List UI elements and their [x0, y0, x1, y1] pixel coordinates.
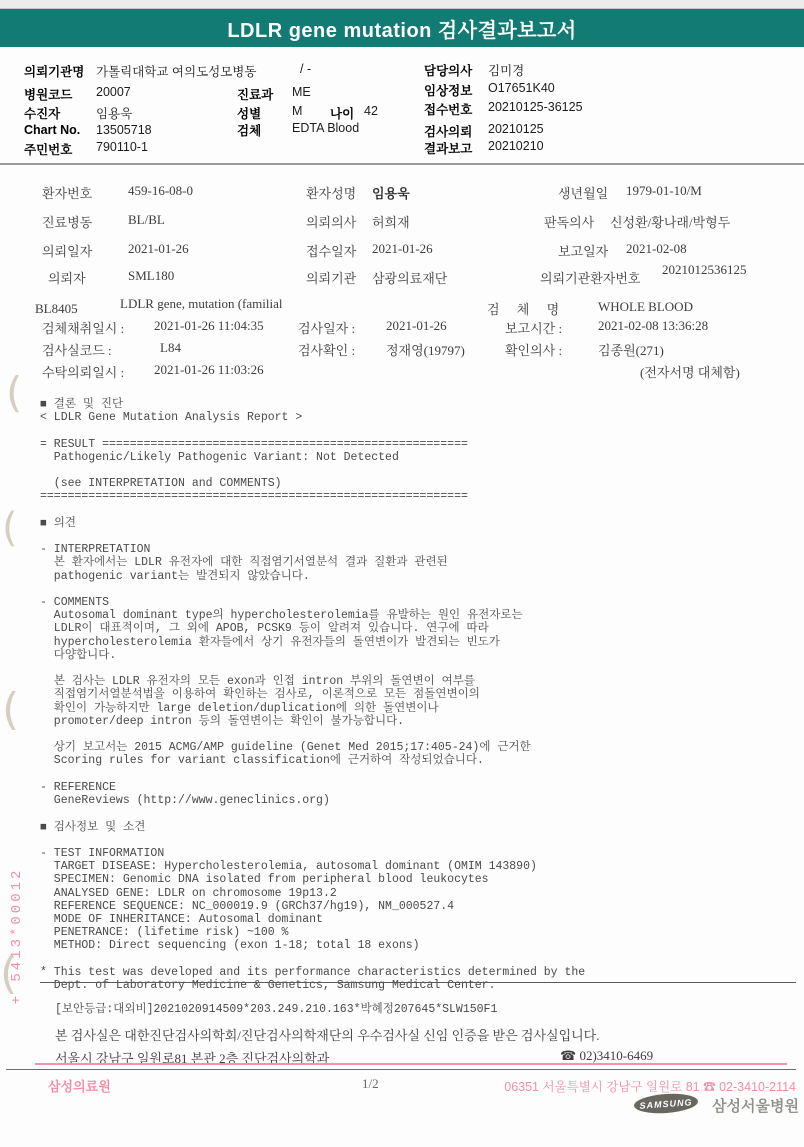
clinical-info-label: 임상정보	[424, 81, 472, 99]
examinee-label: 수진자	[24, 104, 60, 122]
specimen-name-label: 검 체 명	[487, 299, 566, 318]
resident-no-label: 주민번호	[24, 140, 72, 158]
scan-curl-artifact: (	[0, 952, 17, 996]
request-date-value: 20210125	[488, 122, 544, 136]
read-doctor-label: 판독의사	[544, 212, 594, 231]
security-classification-line: [보안등급:대외비]2021020914509*203.249.210.163*…	[55, 1000, 497, 1016]
accession-no-value: 20210125-36125	[488, 100, 583, 114]
req-org-patient-no-label: 의뢰기관환자번호	[540, 268, 640, 287]
test-confirm-value: 정재영(19797)	[386, 340, 465, 359]
req-date-value: 2021-01-26	[128, 241, 189, 257]
patient-name-label: 환자성명	[306, 183, 356, 202]
department-value: ME	[292, 85, 311, 99]
req-org-patient-no-value: 2021012536125	[662, 263, 756, 276]
req-org-label: 의뢰기관	[306, 268, 356, 287]
test-name: LDLR gene, mutation (familial	[120, 296, 282, 312]
recv-date-value: 2021-01-26	[372, 241, 433, 257]
collected-value: 2021-01-26 11:04:35	[154, 318, 264, 334]
req-org-value: 삼광의료재단	[372, 268, 447, 287]
confirm-doctor-value: 김종원(271)	[598, 340, 664, 359]
esign-note: (전자서명 대체함)	[640, 362, 740, 381]
top-window-strip	[0, 0, 804, 9]
patient-no-value: 459-16-08-0	[128, 183, 193, 199]
report-page: LDLR gene mutation 검사결과보고서 의뢰기관명 가톨릭대학교 …	[0, 0, 804, 1147]
birth-label: 생년월일	[558, 183, 608, 202]
samsung-logo-text: SAMSUNG	[639, 1097, 693, 1111]
footer-dark-rule	[6, 1069, 796, 1070]
lab-phone: ☎ 02)3410-6469	[560, 1048, 653, 1064]
req-date-label: 의뢰일자	[42, 241, 92, 260]
collected-label: 검체채취일시 :	[42, 318, 124, 337]
footer-rule-top	[40, 982, 796, 983]
age-label: 나이	[330, 104, 354, 122]
org-name: 삼성의료원	[48, 1076, 111, 1095]
trust-date-value: 2021-01-26 11:03:26	[154, 362, 264, 378]
lab-code-label: 검사실코드 :	[42, 340, 112, 359]
confirm-doctor-label: 확인의사 :	[505, 340, 562, 359]
doctor-label: 담당의사	[424, 61, 472, 79]
specimen-name-value: WHOLE BLOOD	[598, 299, 693, 315]
hospital-code-value: 20007	[96, 85, 131, 99]
hospital-address: 06351 서울특별시 강남구 일원로 81 ☎ 02-3410-2114	[504, 1077, 796, 1095]
sex-value: M	[292, 104, 302, 118]
test-date-value: 2021-01-26	[386, 318, 447, 334]
patient-no-label: 환자번호	[42, 183, 92, 202]
ward-value: BL/BL	[128, 212, 165, 228]
report-time-label: 보고시간 :	[505, 318, 562, 337]
institution-value: 가톨릭대학교 여의도성모병동	[96, 62, 256, 80]
page-title: LDLR gene mutation 검사결과보고서	[227, 14, 576, 43]
scan-curl-artifact: (	[2, 688, 19, 732]
ward-label: 진료병동	[42, 212, 92, 231]
sex-label: 성별	[237, 104, 261, 122]
specimen-top-label: 검체	[237, 121, 261, 139]
test-date-label: 검사일자 :	[298, 318, 355, 337]
lab-code-value: L84	[160, 340, 181, 356]
institution-label: 의뢰기관명	[24, 62, 84, 80]
report-date-label: 결과보고	[424, 139, 472, 157]
report-date-value: 20210210	[488, 139, 544, 153]
rep-date-label: 보고일자	[558, 241, 608, 260]
patient-name-value: 임용욱	[372, 183, 410, 202]
accession-no-label: 접수번호	[424, 100, 472, 118]
page-number: 1/2	[362, 1076, 379, 1092]
footer-pink-rule	[35, 1063, 787, 1065]
clinical-info-value: O17651K40	[488, 81, 555, 95]
req-doctor-label: 의뢰의사	[306, 212, 356, 231]
institution-extra: / -	[300, 62, 311, 76]
rep-date-value: 2021-02-08	[626, 241, 687, 257]
test-confirm-label: 검사확인 :	[298, 340, 355, 359]
requester-value: SML180	[128, 268, 174, 284]
hospital-name: 삼성서울병원	[712, 1095, 799, 1116]
chart-no-label: Chart No.	[24, 123, 80, 137]
department-label: 진료과	[237, 85, 273, 103]
scan-curl-artifact: (	[2, 508, 18, 548]
request-date-label: 검사의뢰	[424, 122, 472, 140]
hospital-code-label: 병원코드	[24, 85, 72, 103]
examinee-value: 임용욱	[96, 104, 132, 122]
section-divider	[0, 163, 804, 165]
report-body-text: ■ 결론 및 진단 < LDLR Gene Mutation Analysis …	[40, 398, 780, 992]
doctor-value: 김미경	[488, 61, 524, 79]
samsung-logo-icon: SAMSUNG	[633, 1092, 698, 1115]
resident-no-value: 790110-1	[96, 140, 148, 154]
trust-date-label: 수탁의뢰일시 :	[42, 362, 124, 381]
read-doctor-value: 신성환/황나래/박형두	[610, 212, 730, 231]
test-code: BL8405	[35, 301, 78, 317]
specimen-top-value: EDTA Blood	[292, 121, 359, 135]
scan-curl-artifact: (	[6, 372, 22, 414]
requester-label: 의뢰자	[48, 268, 86, 287]
report-time-value: 2021-02-08 13:36:28	[598, 318, 708, 334]
accreditation-note: 본 검사실은 대한진단검사의학회/진단검사의학재단의 우수검사실 신임 인증을 …	[55, 1025, 600, 1044]
age-value: 42	[364, 104, 378, 118]
chart-no-value: 13505718	[96, 123, 152, 137]
report-title-bar: LDLR gene mutation 검사결과보고서	[0, 9, 804, 47]
birth-value: 1979-01-10/M	[626, 183, 702, 199]
recv-date-label: 접수일자	[306, 241, 356, 260]
req-doctor-value: 허희재	[372, 212, 410, 231]
